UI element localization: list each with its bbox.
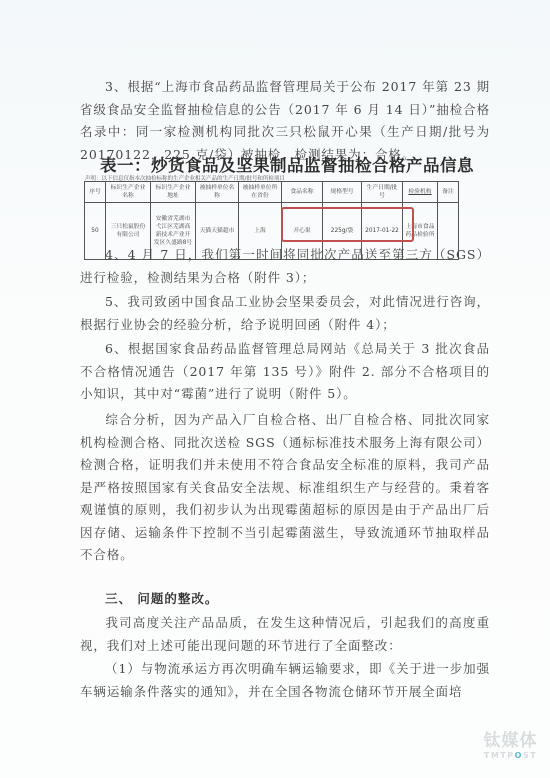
col-header-lab: 检验机构 [403,182,438,203]
watermark-en-left: TMTP [484,751,515,760]
col-header-date: 生产日期/批号 [362,182,403,203]
col-header-province: 被抽样单位所在省份 [239,182,282,203]
paragraph-item-1-text: （1）与物流承运方再次明确车辆运输要求，即《关于进一步加强车辆运输条件落实的通知… [80,661,490,699]
col-header-food-name: 食品名称 [282,182,323,203]
paragraph-5: 5、我司致函中国食品工业协会坚果委员会，对此情况进行咨询，根据行业协会的经验分析… [80,291,490,336]
paragraph-item-1: （1）与物流承运方再次明确车辆运输要求，即《关于进一步加强车辆运输条件落实的通知… [80,658,490,703]
col-header-spec: 规格型号 [323,182,362,203]
col-header-address: 标识生产企业地址 [151,182,196,203]
paragraph-6-text: 6、根据国家食品药品监督管理总局网站《总局关于 3 批次食品不合格情况通告（20… [80,341,490,401]
table-title: 表一：炒货食品及坚果制品监督抽检合格产品信息 [100,152,474,176]
scanned-document-page: 3、根据“上海市食品药品监督管理局关于公布 2017 年第 23 期省级食品安全… [0,0,550,778]
paragraph-summary: 综合分析，因为产品入厂自检合格、出厂自检合格、同批次同家机构检测合格、同批次送检… [80,409,490,567]
table-header-row: 序号 标识生产企业名称 标识生产企业地址 被抽样单位名称 被抽样单位所在省份 食… [85,182,459,203]
paragraph-summary-text: 综合分析，因为产品入厂自检合格、出厂自检合格、同批次同家机构检测合格、同批次送检… [80,412,490,562]
paragraph-4-text: 4、4 月 7 日，我们第一时间将同批次产品送至第三方（SGS）进行检验，检测结… [80,247,490,285]
col-header-remark: 备注 [438,182,459,203]
paragraph-rectify-text: 我司高度关注产品品质，在发生这种情况后，引起我们的高度重视，我们对上述可能出现问… [80,615,490,653]
paragraph-5-text: 5、我司致函中国食品工业协会坚果委员会，对此情况进行咨询，根据行业协会的经验分析… [80,294,490,332]
section-3-heading: 三、 问题的整改。 [105,589,218,607]
watermark-en: TMTPOST [478,751,543,761]
paragraph-4: 4、4 月 7 日，我们第一时间将同批次产品送至第三方（SGS）进行检验，检测结… [80,244,490,289]
watermark-en-right: ST [523,751,537,760]
col-header-producer: 标识生产企业名称 [106,182,151,203]
col-header-seq: 序号 [85,182,106,203]
paragraph-3-text: 3、根据“上海市食品药品监督管理局关于公布 2017 年第 23 期省级食品安全… [80,79,490,162]
paragraph-rectify: 我司高度关注产品品质，在发生这种情况后，引起我们的高度重视，我们对上述可能出现问… [80,612,490,657]
watermark-cn: 钛媒体 [478,731,543,751]
col-header-sampled-unit: 被抽样单位名称 [196,182,239,203]
watermark-logo-icon: O [515,751,523,760]
paragraph-6: 6、根据国家食品药品监督管理总局网站《总局关于 3 批次食品不合格情况通告（20… [80,338,490,406]
tmtpost-watermark: 钛媒体 TMTPOST [478,731,543,761]
highlight-box [281,207,414,242]
